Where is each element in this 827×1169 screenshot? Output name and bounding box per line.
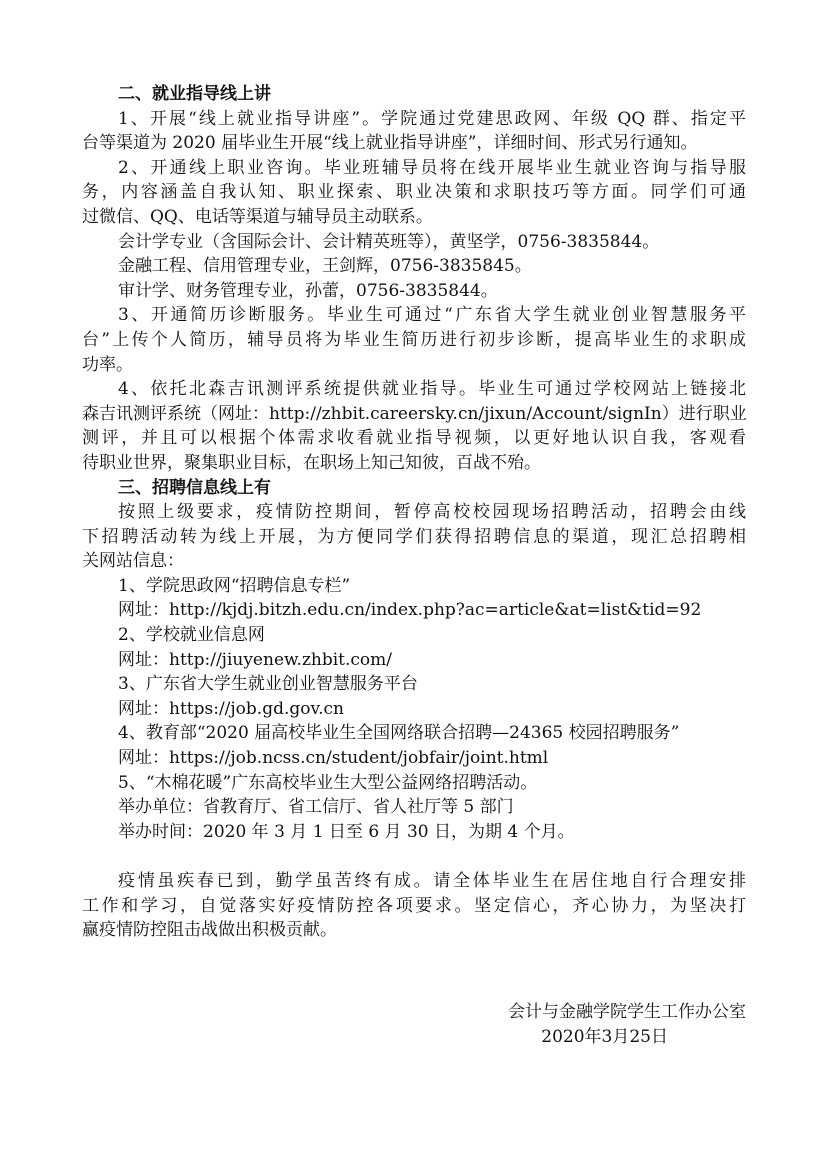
paragraph-online-lecture: 1、开展“线上就业指导讲座”。学院通过党建思政网、年级 QQ 群、指定平 xyxy=(82,107,746,132)
paragraph-career-consult: 务，内容涵盖自我认知、职业探索、职业决策和求职技巧等方面。同学们可通 xyxy=(82,180,746,205)
signature-organization: 会计与金融学院学生工作办公室 xyxy=(82,1000,746,1025)
contact-audit: 审计学、财务管理专业，孙蕾，0756-3835844。 xyxy=(82,279,746,304)
list-item-title: 1、学院思政网“招聘信息专栏” xyxy=(82,574,746,599)
list-item-url[interactable]: 网址：https://job.gd.gov.cn xyxy=(82,697,746,722)
paragraph-assessment-system: 森吉讯测评系统（网址：http://zhbit.careersky.cn/jix… xyxy=(82,402,746,427)
paragraph-closing: 工作和学习，自觉落实好疫情防控各项要求。坚定信心，齐心协力，为坚决打 xyxy=(82,894,746,919)
paragraph-closing: 赢疫情防控阻击战做出积极贡献。 xyxy=(82,918,746,943)
list-item-title: 4、教育部“2020 届高校毕业生全国网络联合招聘—24365 校园招聘服务” xyxy=(82,721,746,746)
paragraph-resume-diagnosis: 3、开通简历诊断服务。毕业生可通过“广东省大学生就业创业智慧服务平 xyxy=(82,303,746,328)
paragraph-online-lecture: 台等渠道为 2020 届毕业生开展“线上就业指导讲座”，详细时间、形式另行通知。 xyxy=(82,131,746,156)
paragraph-recruitment-intro: 下招聘活动转为线上开展，为方便同学们获得招聘信息的渠道，现汇总招聘相 xyxy=(82,525,746,550)
list-item-url[interactable]: 网址：https://job.ncss.cn/student/jobfair/j… xyxy=(82,746,746,771)
section-heading-employment-guidance: 二、就业指导线上讲 xyxy=(82,82,746,107)
paragraph-resume-diagnosis: 功率。 xyxy=(82,353,746,378)
signature-block: 会计与金融学院学生工作办公室 2020年3月25日 xyxy=(82,1000,746,1049)
signature-date: 2020年3月25日 xyxy=(82,1025,746,1050)
list-item-title: 2、学校就业信息网 xyxy=(82,623,746,648)
list-item-title: 5、“木棉花暖”广东高校毕业生大型公益网络招聘活动。 xyxy=(82,771,746,796)
list-item-period: 举办时间：2020 年 3 月 1 日至 6 月 30 日，为期 4 个月。 xyxy=(82,820,746,845)
paragraph-assessment-system: 测评，并且可以根据个体需求收看就业指导视频，以更好地认识自我，客观看 xyxy=(82,426,746,451)
paragraph-assessment-system: 待职业世界，聚集职业目标，在职场上知己知彼，百战不殆。 xyxy=(82,451,746,476)
list-item-organizer: 举办单位：省教育厅、省工信厅、省人社厅等 5 部门 xyxy=(82,795,746,820)
list-item-url[interactable]: 网址：http://kjdj.bitzh.edu.cn/index.php?ac… xyxy=(82,598,746,623)
document-page: 二、就业指导线上讲 1、开展“线上就业指导讲座”。学院通过党建思政网、年级 QQ… xyxy=(82,82,746,943)
list-item-title: 3、广东省大学生就业创业智慧服务平台 xyxy=(82,672,746,697)
list-item-url[interactable]: 网址：http://jiuyenew.zhbit.com/ xyxy=(82,648,746,673)
paragraph-resume-diagnosis: 台”上传个人简历，辅导员将为毕业生简历进行初步诊断，提高毕业生的求职成 xyxy=(82,328,746,353)
paragraph-recruitment-intro: 按照上级要求，疫情防控期间，暂停高校校园现场招聘活动，招聘会由线 xyxy=(82,500,746,525)
paragraph-career-consult: 过微信、QQ、电话等渠道与辅导员主动联系。 xyxy=(82,205,746,230)
contact-accounting: 会计学专业（含国际会计、会计精英班等），黄坚学，0756-3835844。 xyxy=(82,230,746,255)
paragraph-assessment-system: 4、依托北森吉讯测评系统提供就业指导。毕业生可通过学校网站上链接北 xyxy=(82,377,746,402)
paragraph-career-consult: 2、开通线上职业咨询。毕业班辅导员将在线开展毕业生就业咨询与指导服 xyxy=(82,156,746,181)
paragraph-gap xyxy=(82,844,746,869)
paragraph-recruitment-intro: 关网站信息： xyxy=(82,549,746,574)
paragraph-closing: 疫情虽疾春已到，勤学虽苦终有成。请全体毕业生在居住地自行合理安排 xyxy=(82,869,746,894)
contact-finance: 金融工程、信用管理专业，王剑辉，0756-3835845。 xyxy=(82,254,746,279)
section-heading-recruitment-info: 三、招聘信息线上有 xyxy=(82,476,746,501)
